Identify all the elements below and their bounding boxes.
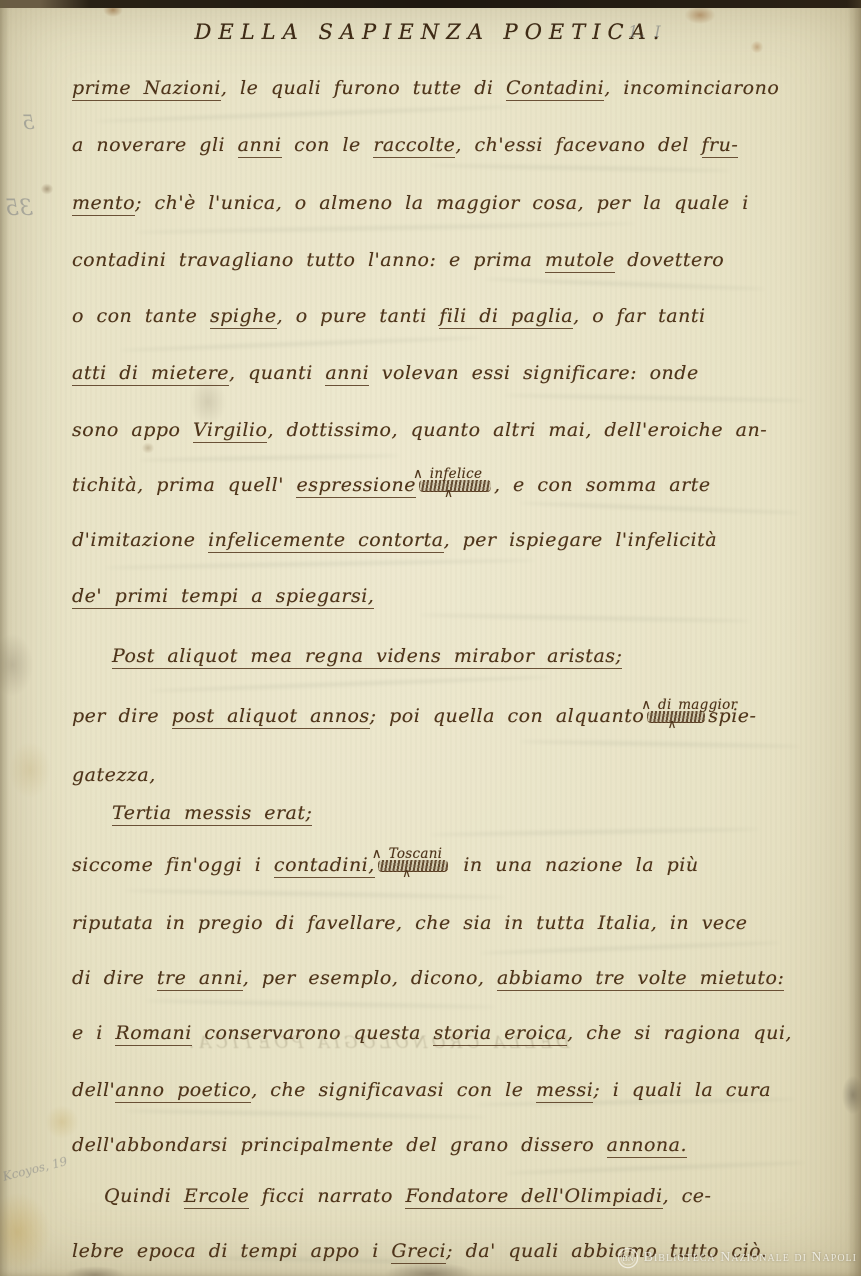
underlined-text-segment: anni [238, 134, 282, 158]
text-segment: ficci narrato [249, 1185, 405, 1207]
text-segment: , ch'essi facevano del [455, 134, 701, 156]
manuscript-line: e i Romani conservarono questa storia er… [72, 1020, 845, 1046]
manuscript-line: Quindi Ercole ficci narrato Fondatore de… [72, 1183, 845, 1209]
text-segment: siccome fin'oggi i [72, 854, 274, 876]
manuscript-line: siccome fin'oggi i contadini,∧ Toscani∧ … [72, 852, 845, 878]
text-segment: , o far tanti [573, 305, 705, 327]
manuscript-lines: prime Nazioni, le quali furono tutte di … [72, 0, 845, 1276]
underlined-text-segment: contadini, [274, 854, 375, 878]
manuscript-line: per dire post aliquot annos; poi quella … [72, 703, 845, 729]
underlined-text-segment: fili di paglia [439, 305, 573, 329]
underlined-text-segment: abbiamo tre volte mietuto: [497, 967, 784, 991]
caret-mark: ∧ [668, 711, 677, 737]
manuscript-page-scan: DELLA CRONOLOGIA POETICA. DELLA SAPIENZA… [0, 0, 861, 1276]
text-segment: , quanti [229, 362, 325, 384]
text-segment: con le [282, 134, 374, 156]
manuscript-line: gatezza, [72, 762, 845, 788]
text-segment: , ce- [663, 1185, 712, 1207]
manuscript-line: a noverare gli anni con le raccolte, ch'… [72, 132, 845, 158]
text-segment: , le quali furono tutte di [221, 77, 506, 99]
underlined-text-segment: storia eroica [433, 1022, 567, 1046]
manuscript-line: dell'anno poetico, che significavasi con… [72, 1077, 845, 1103]
manuscript-line: atti di mietere, quanti anni volevan ess… [72, 360, 845, 386]
manuscript-line: di dire tre anni, per esemplo, dicono, a… [72, 965, 845, 991]
text-segment: volevan essi significare: onde [369, 362, 698, 384]
manuscript-line: sono appo Virgilio, dottissimo, quanto a… [72, 417, 845, 443]
text-segment: gatezza, [72, 764, 156, 786]
underlined-text-segment: prime Nazioni [72, 77, 221, 101]
manuscript-line: Post aliquot mea regna videns mirabor ar… [72, 643, 845, 669]
library-watermark-label: Biblioteca Nazionale di Napoli [644, 1250, 857, 1266]
underlined-text-segment: Contadini [506, 77, 604, 101]
underlined-text-segment: tre anni [157, 967, 243, 991]
manuscript-line: o con tante spighe, o pure tanti fili di… [72, 303, 845, 329]
text-segment: di dire [72, 967, 157, 989]
manuscript-line: de' primi tempi a spiegarsi, [72, 583, 845, 609]
strikeout-scribble: ∧ infelice∧ [419, 480, 491, 492]
underlined-text-segment: Fondatore dell'Olimpiadi [405, 1185, 662, 1209]
underlined-text-segment: atti di mietere [72, 362, 229, 386]
underlined-text-segment: espressione [296, 474, 415, 498]
text-segment: dell' [72, 1079, 115, 1101]
margin-note: 35 [5, 196, 33, 221]
text-segment: dell'abbondarsi principalmente del grano… [72, 1134, 607, 1156]
underlined-text-segment: infelicemente contorta [208, 529, 443, 553]
manuscript-line: contadini travagliano tutto l'anno: e pr… [72, 247, 845, 273]
text-segment: in una nazione la più [451, 854, 699, 876]
underlined-text-segment: Ercole [184, 1185, 249, 1209]
text-segment: , dottissimo, quanto altri mai, dell'ero… [267, 419, 767, 441]
text-segment: e i [72, 1022, 115, 1044]
manuscript-line: d'imitazione infelicemente contorta, per… [72, 527, 845, 553]
margin-note: Kcoyos, 19 [1, 1154, 68, 1184]
underlined-text-segment: anno poetico [115, 1079, 251, 1103]
underlined-text-segment: de' primi tempi a spiegarsi, [72, 585, 374, 609]
caret-mark: ∧ [402, 860, 411, 886]
page-left-edge-shading [0, 0, 10, 1276]
text-segment: lebre epoca di tempi appo i [72, 1240, 391, 1262]
text-segment: ; ch'è l'unica, o almeno la maggior cosa… [135, 192, 749, 214]
underlined-text-segment: spighe [210, 305, 277, 329]
underlined-text-segment: annona. [607, 1134, 687, 1158]
text-segment: conservarono questa [192, 1022, 434, 1044]
text-segment: , per ispiegare l'infelicità [444, 529, 718, 551]
manuscript-line: prime Nazioni, le quali furono tutte di … [72, 75, 845, 101]
text-segment: , che significavasi con le [251, 1079, 536, 1101]
text-segment: contadini travagliano tutto l'anno: e pr… [72, 249, 545, 271]
text-segment: Quindi [104, 1185, 184, 1207]
text-segment: , che si ragiona qui, [567, 1022, 792, 1044]
text-segment: riputata in pregio di favellare, che sia… [72, 912, 748, 934]
underlined-text-segment: Tertia messis erat; [112, 802, 312, 826]
page-right-edge-shading [847, 0, 861, 1276]
text-segment: , e con somma arte [494, 474, 711, 496]
underlined-text-segment: post aliquot annos [172, 705, 370, 729]
text-segment: o con tante [72, 305, 210, 327]
text-segment: d'imitazione [72, 529, 208, 551]
text-segment: per dire [72, 705, 172, 727]
text-segment: , o pure tanti [277, 305, 440, 327]
underlined-text-segment: fru- [702, 134, 739, 158]
margin-note: 5 [22, 110, 35, 134]
text-segment: a noverare gli [72, 134, 238, 156]
underlined-text-segment: mutole [545, 249, 615, 273]
underlined-text-segment: raccolte [373, 134, 455, 158]
bnn-monogram-icon: BN [617, 1247, 639, 1269]
caret-mark: ∧ [444, 480, 453, 506]
text-segment: , per esemplo, dicono, [243, 967, 497, 989]
manuscript-line: Tertia messis erat; [72, 800, 845, 826]
svg-text:BN: BN [622, 1254, 634, 1263]
interlinear-insertion: ∧ di maggior [641, 692, 737, 718]
underlined-text-segment: Greci [391, 1240, 446, 1264]
underlined-text-segment: Post aliquot mea regna videns mirabor ar… [112, 645, 622, 669]
text-segment: tichità, prima quell' [72, 474, 296, 496]
manuscript-line: riputata in pregio di favellare, che sia… [72, 910, 845, 936]
underlined-text-segment: messi [536, 1079, 593, 1103]
text-segment: ; i quali la cura [593, 1079, 771, 1101]
text-segment: sono appo [72, 419, 193, 441]
library-watermark: BN Biblioteca Nazionale di Napoli [617, 1247, 857, 1269]
underlined-text-segment: mento [72, 192, 135, 216]
text-segment: , incominciarono [604, 77, 779, 99]
text-segment: ; poi quella con alquanto [370, 705, 645, 727]
strikeout-scribble: ∧ di maggior∧ [647, 711, 705, 723]
underlined-text-segment: Romani [115, 1022, 191, 1046]
underlined-text-segment: anni [325, 362, 369, 386]
strikeout-scribble: ∧ Toscani∧ [378, 860, 448, 872]
underlined-text-segment: Virgilio [193, 419, 267, 443]
manuscript-line: tichità, prima quell' espressione∧ infel… [72, 472, 845, 498]
manuscript-line: mento; ch'è l'unica, o almeno la maggior… [72, 190, 845, 216]
manuscript-line: dell'abbondarsi principalmente del grano… [72, 1132, 845, 1158]
text-segment: dovettero [615, 249, 725, 271]
